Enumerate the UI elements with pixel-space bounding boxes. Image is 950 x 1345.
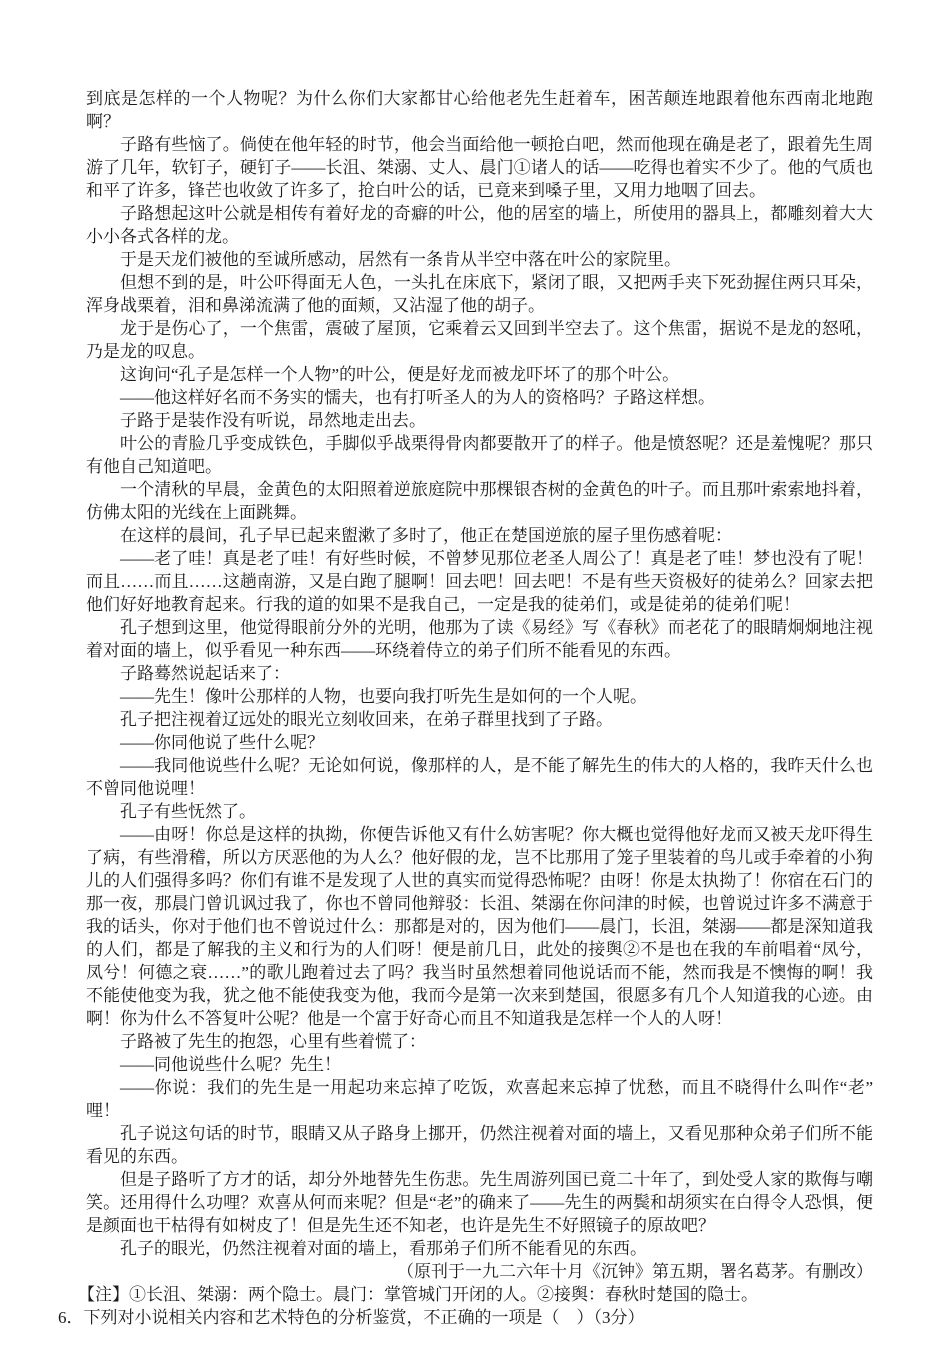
passage-paragraph: ——你同他说了些什么呢？ [86,731,873,754]
passage-paragraph: 这询问“孔子是怎样一个人物”的叶公，便是好龙而被龙吓坏了的那个叶公。 [86,363,873,386]
passage-paragraph: 孔子想到这里，他觉得眼前分外的光明，他那为了读《易经》写《春秋》而老花了的眼睛炯… [86,616,873,662]
passage-paragraph: ——由呀！你总是这样的执拗，你便告诉他又有什么妨害呢？你大概也觉得他好龙而又被天… [86,823,873,1030]
passage-paragraph: 子路于是装作没有听说，昂然地走出去。 [86,409,873,432]
passage-paragraph: ——同他说些什么呢？先生！ [86,1053,873,1076]
passage-paragraph: ——老了哇！真是老了哇！有好些时候，不曾梦见那位老圣人周公了！真是老了哇！梦也没… [86,547,873,616]
passage-paragraph: ——先生！像叶公那样的人物，也要向我打听先生是如何的一个人呢。 [86,685,873,708]
passage-paragraph: 子路有些恼了。倘使在他年轻的时节，他会当面给他一顿抢白吧，然而他现在确是老了，跟… [86,133,873,202]
passage-paragraph: ——他这样好名而不务实的懦夫，也有打听圣人的为人的资格吗？子路这样想。 [86,386,873,409]
footnote: 【注】①长沮、桀溺：两个隐士。晨门：掌管城门开闭的人。②接舆：春秋时楚国的隐士。 [78,1283,873,1306]
reading-passage: 到底是怎样的一个人物呢？为什么你们大家都甘心给他老先生赶着车，困苦颠连地跟着他东… [86,87,873,1283]
exam-page: 到底是怎样的一个人物呢？为什么你们大家都甘心给他老先生赶着车，困苦颠连地跟着他东… [0,0,950,1345]
source-attribution: （原刊于一九二六年十月《沉钟》第五期，署名葛茅。有删改） [86,1260,873,1283]
passage-paragraph: 龙于是伤心了，一个焦雷，震破了屋顶，它乘着云又回到半空去了。这个焦雷，据说不是龙… [86,317,873,363]
passage-paragraph: 孔子说这句话的时节，眼睛又从子路身上挪开，仍然注视着对面的墙上，又看见那种众弟子… [86,1122,873,1168]
passage-paragraph: 到底是怎样的一个人物呢？为什么你们大家都甘心给他老先生赶着车，困苦颠连地跟着他东… [86,87,873,133]
passage-paragraph: 子路蓦然说起话来了： [86,662,873,685]
passage-paragraph: 孔子的眼光，仍然注视着对面的墙上，看那弟子们所不能看见的东西。 [86,1237,873,1260]
passage-paragraph: 叶公的青脸几乎变成铁色，手脚似乎战栗得骨肉都要散开了的样子。他是愤怒呢？还是羞愧… [86,432,873,478]
passage-paragraph: 于是天龙们被他的至诚所感动，居然有一条肯从半空中落在叶公的家院里。 [86,248,873,271]
passage-paragraph: 在这样的晨间，孔子早已起来盥漱了多时了，他正在楚国逆旅的屋子里伤感着呢： [86,524,873,547]
passage-paragraph: ——我同他说些什么呢？无论如何说，像那样的人，是不能了解先生的伟大的人格的，我昨… [86,754,873,800]
passage-paragraph: 一个清秋的早晨，金黄色的太阳照着逆旅庭院中那棵银杏树的金黄色的叶子。而且那叶索索… [86,478,873,524]
passage-paragraph: 子路被了先生的抱怨，心里有些着慌了： [86,1030,873,1053]
passage-paragraph: 但是子路听了方才的话，却分外地替先生伤悲。先生周游列国已竟二十年了，到处受人家的… [86,1168,873,1237]
question-6: 6．下列对小说相关内容和艺术特色的分析鉴赏，不正确的一项是（ ）（3分） [58,1306,873,1329]
passage-paragraph: 子路想起这叶公就是相传有着好龙的奇癖的叶公，他的居室的墙上，所使用的器具上，都雕… [86,202,873,248]
passage-paragraphs: 到底是怎样的一个人物呢？为什么你们大家都甘心给他老先生赶着车，困苦颠连地跟着他东… [86,87,873,1260]
passage-paragraph: ——你说：我们的先生是一用起功来忘掉了吃饭，欢喜起来忘掉了忧愁，而且不晓得什么叫… [86,1076,873,1122]
passage-paragraph: 但想不到的是，叶公吓得面无人色，一头扎在床底下，紧闭了眼，又把两手夹下死劲握住两… [86,271,873,317]
passage-paragraph: 孔子有些怃然了。 [86,800,873,823]
passage-paragraph: 孔子把注视着辽远处的眼光立刻收回来，在弟子群里找到了子路。 [86,708,873,731]
